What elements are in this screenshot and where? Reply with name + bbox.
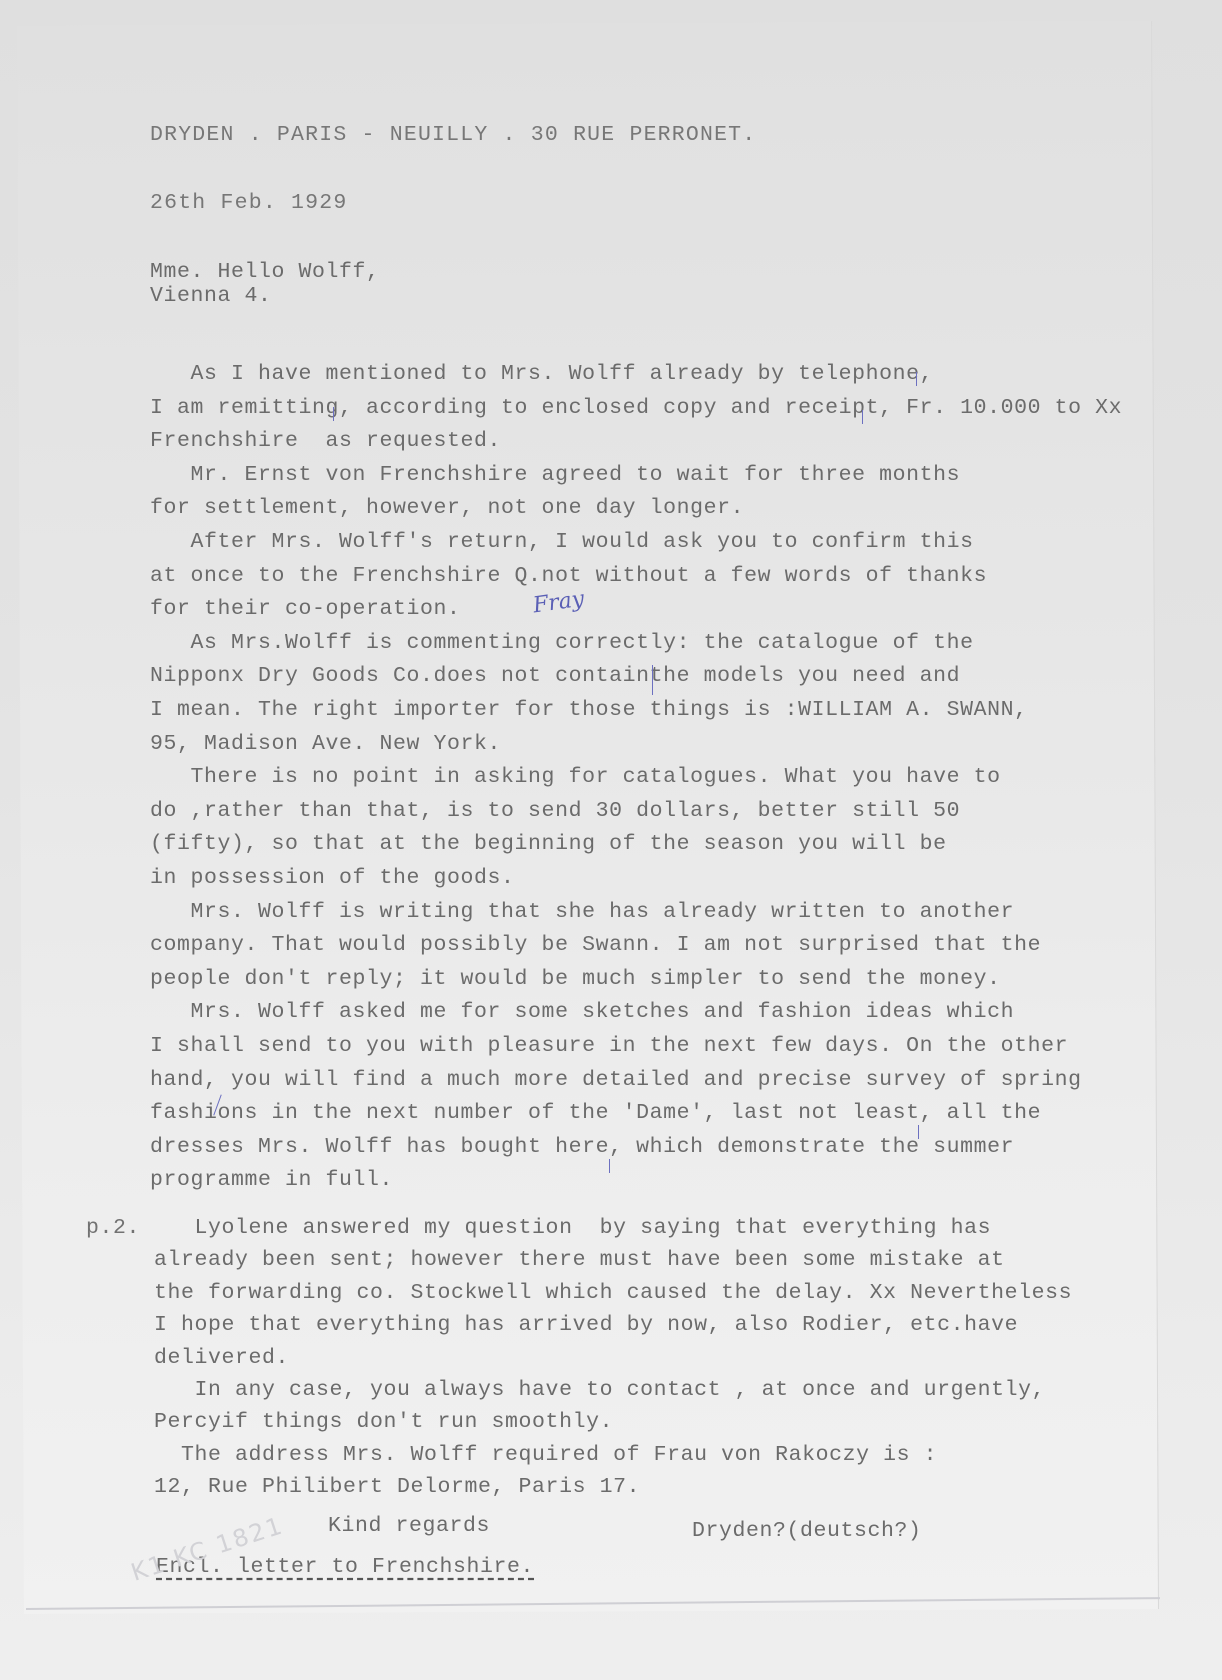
body-line: Lyolene answered my question by saying t…	[154, 1215, 991, 1241]
letter-date: 26th Feb. 1929	[150, 190, 347, 216]
body-line: in possession of the goods.	[150, 865, 515, 891]
body-line: do ,rather than that, is to send 30 doll…	[150, 798, 960, 824]
body-line: Mrs. Wolff asked me for some sketches an…	[150, 999, 1014, 1025]
recipient-city: Vienna 4.	[150, 283, 272, 309]
handwritten-comma-mark	[609, 1159, 610, 1173]
body-line: I shall send to you with pleasure in the…	[150, 1033, 1068, 1059]
handwritten-comma-mark	[916, 372, 917, 386]
body-line: 12, Rue Philibert Delorme, Paris 17.	[154, 1474, 640, 1500]
body-line: already been sent; however there must ha…	[154, 1247, 1005, 1273]
body-line: dresses Mrs. Wolff has bought here, whic…	[150, 1134, 1014, 1160]
body-line: 95, Madison Ave. New York.	[150, 731, 501, 757]
body-line: fashions in the next number of the 'Dame…	[150, 1100, 1041, 1126]
body-line: Percyif things don't run smoothly.	[154, 1409, 613, 1435]
body-line: Mrs. Wolff is writing that she has alrea…	[150, 899, 1014, 925]
body-line: Nipponx Dry Goods Co.does not containthe…	[150, 663, 960, 689]
body-line: There is no point in asking for catalogu…	[150, 764, 1001, 790]
body-line: As I have mentioned to Mrs. Wolff alread…	[150, 361, 933, 387]
body-line: Frenchshire as requested.	[150, 428, 501, 454]
closing: Kind regards	[328, 1513, 490, 1539]
body-line: programme in full.	[150, 1167, 393, 1193]
letterhead: DRYDEN . PARIS - NEUILLY . 30 RUE PERRON…	[150, 122, 756, 148]
body-line: In any case, you always have to contact …	[154, 1377, 1045, 1403]
handwritten-comma-mark	[333, 407, 334, 421]
recipient-name: Mme. Hello Wolff,	[150, 259, 380, 285]
body-line: company. That would possibly be Swann. I…	[150, 932, 1041, 958]
handwritten-comma-mark	[862, 410, 863, 424]
handwritten-insert-mark	[652, 665, 653, 695]
body-line: After Mrs. Wolff's return, I would ask y…	[150, 529, 974, 555]
body-line: The address Mrs. Wolff required of Frau …	[154, 1442, 937, 1468]
body-line: I hope that everything has arrived by no…	[154, 1312, 1018, 1338]
body-line: people don't reply; it would be much sim…	[150, 966, 1001, 992]
body-line: for settlement, however, not one day lon…	[150, 495, 744, 521]
signature: Dryden?(deutsch?)	[692, 1518, 922, 1544]
body-line: for their co-operation.	[150, 596, 461, 622]
handwritten-comma-mark	[918, 1125, 919, 1139]
body-line: Mr. Ernst von Frenchshire agreed to wait…	[150, 462, 960, 488]
body-line: delivered.	[154, 1345, 289, 1371]
body-line: I am remitting, according to enclosed co…	[150, 395, 1122, 421]
page-marker: p.2.	[86, 1215, 140, 1241]
body-line: I mean. The right importer for those thi…	[150, 697, 1028, 723]
body-line: As Mrs.Wolff is commenting correctly: th…	[150, 630, 974, 656]
body-line: at once to the Frenchshire Q.not without…	[150, 563, 987, 589]
body-line: the forwarding co. Stockwell which cause…	[154, 1280, 1072, 1306]
body-line: hand, you will find a much more detailed…	[150, 1067, 1082, 1093]
body-line: (fifty), so that at the beginning of the…	[150, 831, 947, 857]
